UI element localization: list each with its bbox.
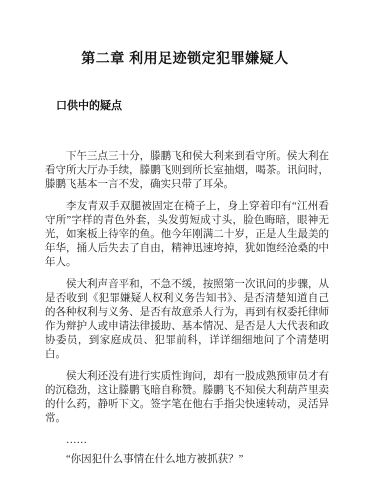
section-heading: 口供中的疑点 — [56, 100, 370, 113]
body-paragraph: 李友青双手双腿被固定在椅子上，身上穿着印有“江州看守所”字样的青色外套，头发剪短… — [45, 200, 329, 270]
chapter-title: 第二章 利用足迹锁定犯罪嫌疑人 — [0, 0, 370, 67]
book-page: 第二章 利用足迹锁定犯罪嫌疑人 口供中的疑点 下午三点三十分，滕鹏飞和侯大利来到… — [0, 0, 370, 480]
body-paragraph: 侯大利还没有进行实质性询问，却有一股成熟预审员才有的沉稳劲，这让滕鹏飞暗自称赞。… — [45, 370, 329, 426]
dialogue-paragraph: “你因犯什么事情在什么地方被抓获？” — [45, 453, 329, 467]
body-paragraph: 下午三点三十分，滕鹏飞和侯大利来到看守所。侯大利在看守所大厅办手续，滕鹏飞则到所… — [45, 150, 329, 192]
body-text: 下午三点三十分，滕鹏飞和侯大利来到看守所。侯大利在看守所大厅办手续，滕鹏飞则到所… — [45, 150, 329, 467]
body-paragraph: 侯大利声音平和，不急不缓，按照第一次讯问的步骤，从是否收到《犯罪嫌疑人权利义务告… — [45, 278, 329, 362]
ellipsis-paragraph: …… — [45, 434, 329, 448]
